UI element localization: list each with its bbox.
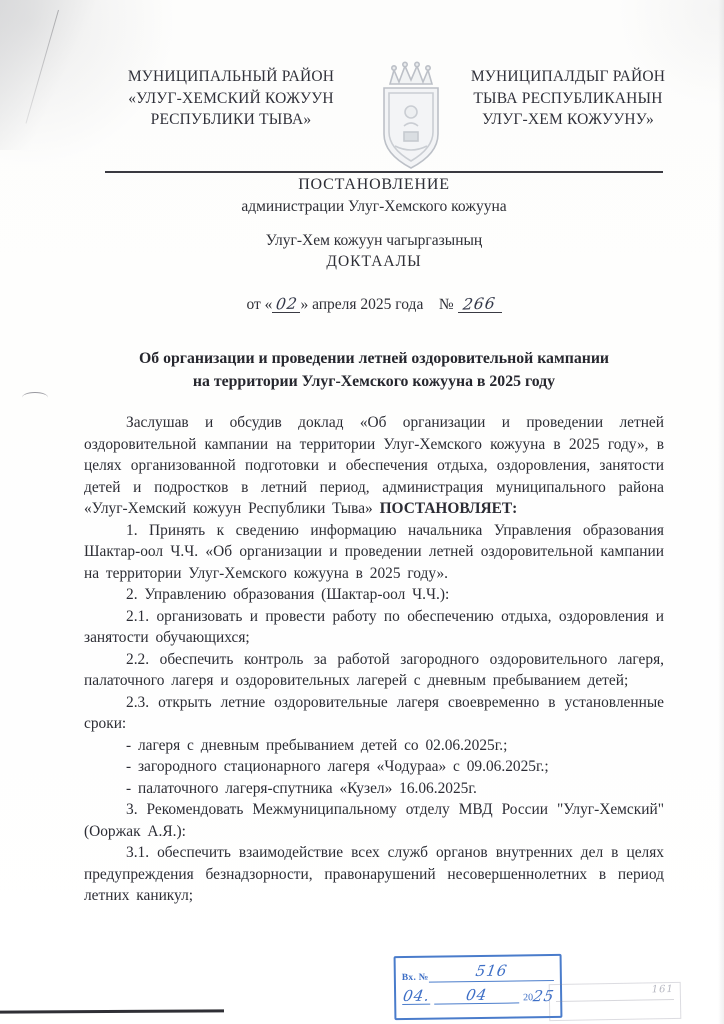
coat-of-arms-icon: [368, 60, 454, 176]
handwritten-number-field: 266: [458, 297, 502, 313]
paragraph-item-2-3: 2.3. открыть летние оздоровительные лаге…: [84, 692, 664, 735]
document-title: Об организации и проведении летней оздор…: [84, 348, 664, 393]
preamble-resolution-word: ПОСТАНОВЛЯЕТ:: [380, 500, 518, 517]
document-title-line2: на территории Улуг-Хемского кожууна в 20…: [84, 371, 664, 394]
stamp-number-row: Вх. № 516: [402, 959, 554, 983]
date-suffix: » апреля 2025 года: [300, 296, 423, 313]
document-body: Заслушав и обсудив доклад «Об организаци…: [84, 412, 664, 907]
paragraph-item-1: 1. Принять к сведению информацию начальн…: [84, 520, 664, 585]
doc-type-heading-tuvan: ДОКТААЛЫ: [84, 253, 664, 271]
paragraph-item-2-1: 2.1. организовать и провести работу по о…: [84, 606, 664, 649]
faint-stamp-scribble: [556, 999, 674, 1010]
doc-type-heading-russian: ПОСТАНОВЛЕНИЕ: [84, 176, 664, 194]
preamble-paragraph: Заслушав и обсудив доклад «Об организаци…: [84, 412, 664, 520]
header-right-line2: ТЫВА РЕСПУБЛИКАНЫН: [450, 88, 686, 110]
header-right-line3: УЛУГ-ХЕМ КОЖУУНУ»: [450, 109, 686, 131]
handwritten-number: 266: [462, 296, 497, 312]
doc-issuer-line: администрации Улуг-Хемского кожууна: [84, 198, 664, 216]
scan-artifact-right-shadow: [718, 0, 724, 1024]
stamp-date-row: 04. 04 2025: [402, 981, 554, 1005]
header-right-line1: МУНИЦИПАЛДЫГ РАЙОН: [450, 66, 686, 88]
scanned-document-page: МУНИЦИПАЛЬНЫЙ РАЙОН «УЛУГ-ХЕМСКИЙ КОЖУУН…: [0, 0, 724, 1024]
stamp-handwritten-month: 04: [465, 989, 488, 1002]
doc-issuer-line-tuvan: Улуг-Хем кожуун чагыргазының: [84, 232, 664, 250]
stamp-day-field: 04.: [402, 990, 430, 1005]
header-divider-line: [105, 171, 663, 173]
paragraph-item-2-2: 2.2. обеспечить контроль за работой заго…: [84, 649, 664, 692]
header-left-line1: МУНИЦИПАЛЬНЫЙ РАЙОН: [108, 66, 354, 88]
list-item-chodura-camp: - загородного стационарного лагеря «Чоду…: [84, 756, 664, 778]
stamp-number-field: 516: [428, 962, 553, 983]
preamble-text: Заслушав и обсудив доклад «Об организаци…: [84, 414, 664, 517]
stamp-month-field: 04: [434, 988, 519, 1004]
header-org-name-russian: МУНИЦИПАЛЬНЫЙ РАЙОН «УЛУГ-ХЕМСКИЙ КОЖУУН…: [108, 66, 354, 131]
paragraph-item-2: 2. Управлению образования (Шактар-оол Ч.…: [84, 584, 664, 606]
incoming-registration-stamp: Вх. № 516 04. 04 2025: [394, 954, 563, 1020]
handwritten-day: 02: [275, 297, 299, 313]
stamp-label: Вх. №: [402, 973, 429, 983]
paragraph-item-3: 3. Рекомендовать Межмуниципальному отдел…: [84, 799, 664, 842]
paragraph-item-3-1: 3.1. обеспечить взаимодействие всех служ…: [84, 842, 664, 907]
scan-artifact-pencil-mark: [22, 392, 48, 403]
list-item-day-camps: - лагеря с дневным пребыванием детей со …: [84, 735, 664, 757]
date-and-number-line: от «02» апреля 2025 года № 266: [84, 296, 664, 314]
header-left-line3: РЕСПУБЛИКИ ТЫВА»: [108, 109, 354, 131]
number-label: №: [439, 296, 454, 313]
list-item-kuzel-camp: - палаточного лагеря-спутника «Кузел» 16…: [84, 778, 664, 800]
scan-artifact-page-edge-line: [0, 1009, 224, 1013]
stamp-handwritten-day: 04.: [402, 990, 431, 1003]
header-org-name-tuvan: МУНИЦИПАЛДЫГ РАЙОН ТЫВА РЕСПУБЛИКАНЫН УЛ…: [450, 66, 686, 131]
faint-secondary-stamp: 161: [549, 982, 682, 1021]
date-prefix: от «: [246, 296, 272, 313]
header-left-line2: «УЛУГ-ХЕМСКИЙ КОЖУУН: [108, 88, 354, 110]
stamp-handwritten-number: 516: [474, 965, 508, 978]
document-title-line1: Об организации и проведении летней оздор…: [84, 348, 664, 371]
faint-stamp-number: 161: [556, 984, 674, 997]
handwritten-day-field: 02: [272, 297, 300, 313]
